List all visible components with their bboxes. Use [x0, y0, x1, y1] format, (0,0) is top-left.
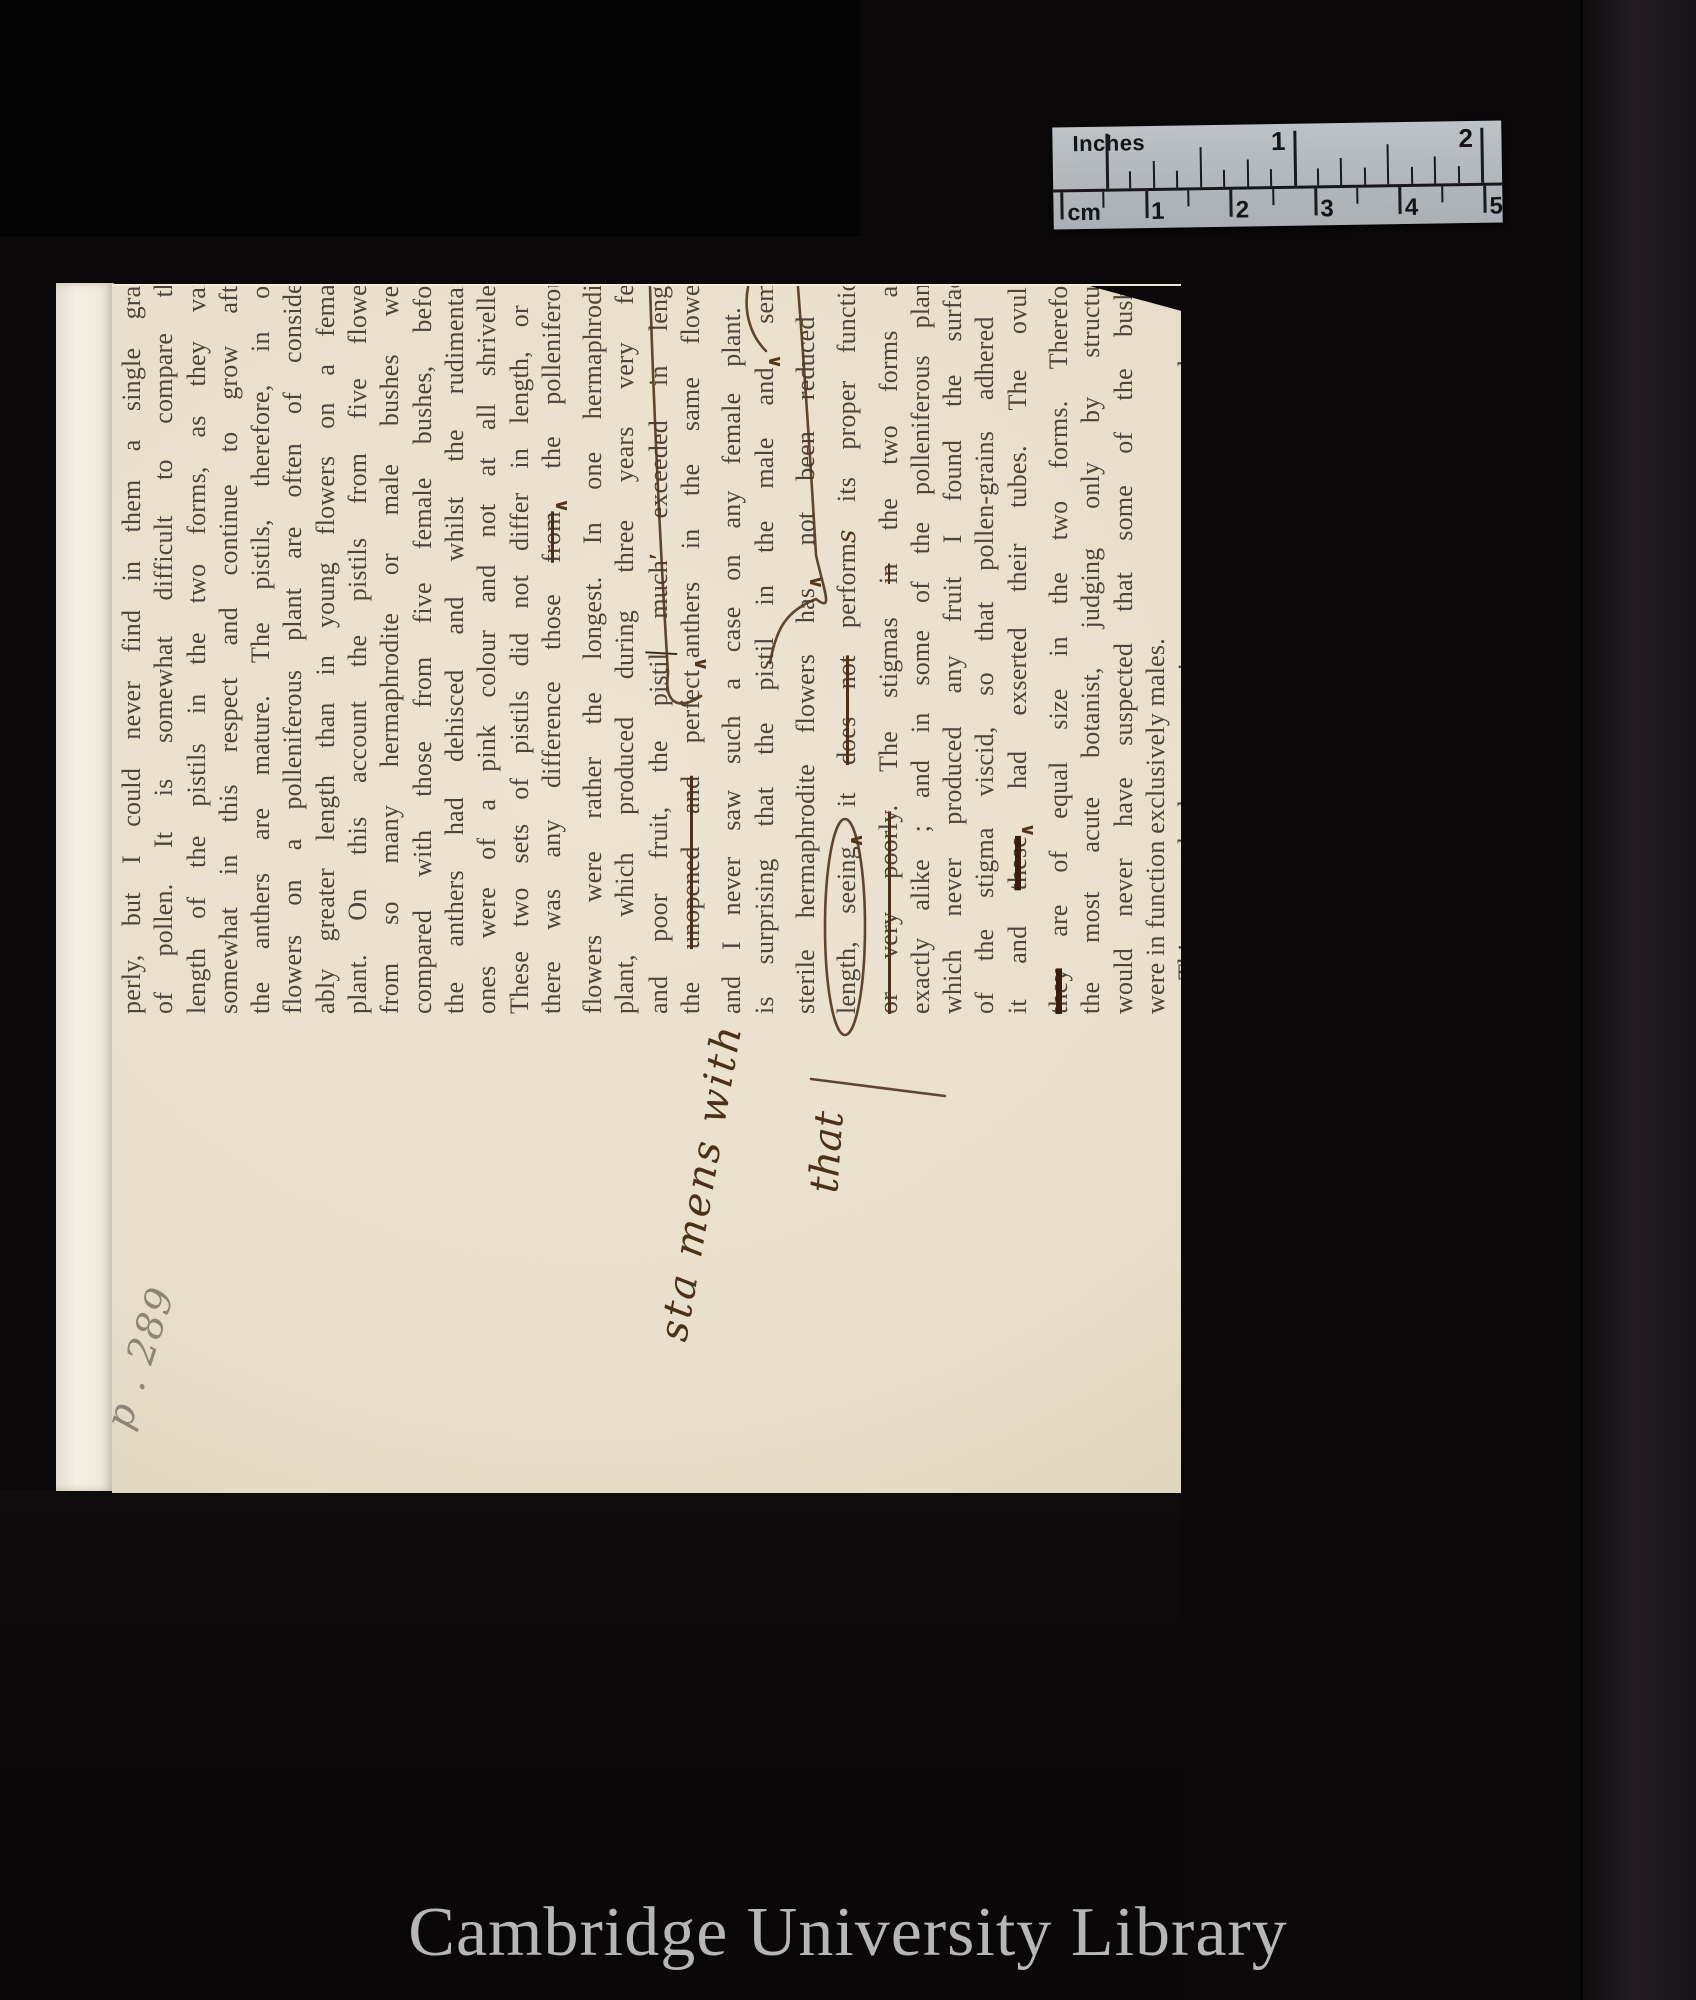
ruler-cm-number: 3 — [1320, 195, 1334, 223]
album-page-edge — [56, 283, 114, 1491]
ruler-tick — [1103, 192, 1105, 208]
ruler-ticks: 1212345 — [1052, 120, 1501, 127]
ruler-tick — [1457, 166, 1459, 183]
ruler-tick — [1153, 161, 1155, 188]
ruler-tick — [1246, 159, 1248, 186]
ruler-inch-number: 1 — [1271, 126, 1286, 157]
photo-stage: perly, but I could never find in them a … — [0, 0, 1696, 2000]
pen-stroke-anthers-overline — [650, 287, 701, 703]
ruler-cm-label: cm — [1067, 199, 1101, 227]
ruler-cm-number: 1 — [1151, 198, 1165, 226]
pen-stroke-function-loop — [770, 287, 826, 663]
ruler-cm-number: 5 — [1489, 192, 1503, 220]
ruler-tick — [1411, 167, 1413, 184]
ruler: Inches cm 1212345 — [1052, 120, 1503, 229]
ruler-tick — [1187, 190, 1189, 206]
ruler-tick — [1356, 188, 1358, 204]
ruler-inches-label: Inches — [1072, 130, 1145, 157]
ruler-tick — [1229, 190, 1232, 217]
ruler-tick — [1223, 170, 1225, 187]
velvet-right-panel — [1583, 0, 1696, 2000]
library-watermark: Cambridge University Library — [0, 1893, 1696, 1973]
ruler-tick — [1317, 168, 1319, 185]
ruler-cm-number: 2 — [1236, 196, 1250, 224]
pen-stroke-semi-arc — [747, 287, 766, 351]
ruler-cm-number: 4 — [1405, 194, 1419, 222]
ruler-tick — [1483, 186, 1486, 213]
ruler-tick — [1434, 157, 1436, 184]
ruler-tick — [1272, 189, 1274, 205]
ruler-tick — [1314, 188, 1317, 215]
ruler-tick — [1480, 128, 1484, 183]
ruler-divider-line — [1053, 182, 1502, 192]
ruler-tick — [1176, 171, 1178, 188]
ruler-tick — [1387, 144, 1390, 184]
ruler-tick — [1364, 168, 1366, 185]
ruler-tick — [1293, 131, 1297, 186]
margin-note-that: that — [801, 1110, 853, 1195]
pen-marks-overlay — [112, 286, 1181, 1493]
velvet-flap-edge — [0, 0, 860, 236]
ruler-tick — [1199, 147, 1202, 187]
rotated-reading-layer: perly, but I could never find in them a … — [112, 286, 1181, 1493]
ruler-tick — [1129, 171, 1131, 188]
ruler-inch-number: 2 — [1458, 123, 1473, 154]
pen-circle-or-very-poorly — [825, 819, 865, 1035]
proof-page: perly, but I could never find in them a … — [112, 284, 1181, 1493]
ruler-tick — [1340, 158, 1342, 185]
ruler-tick — [1441, 186, 1443, 202]
ruler-tick — [1145, 191, 1148, 218]
ruler-tick — [1399, 187, 1402, 214]
velvet-seam — [1580, 0, 1583, 2000]
ruler-tick — [1270, 169, 1272, 186]
ruler-tick — [1060, 192, 1063, 219]
pen-slash-that — [811, 1079, 945, 1096]
